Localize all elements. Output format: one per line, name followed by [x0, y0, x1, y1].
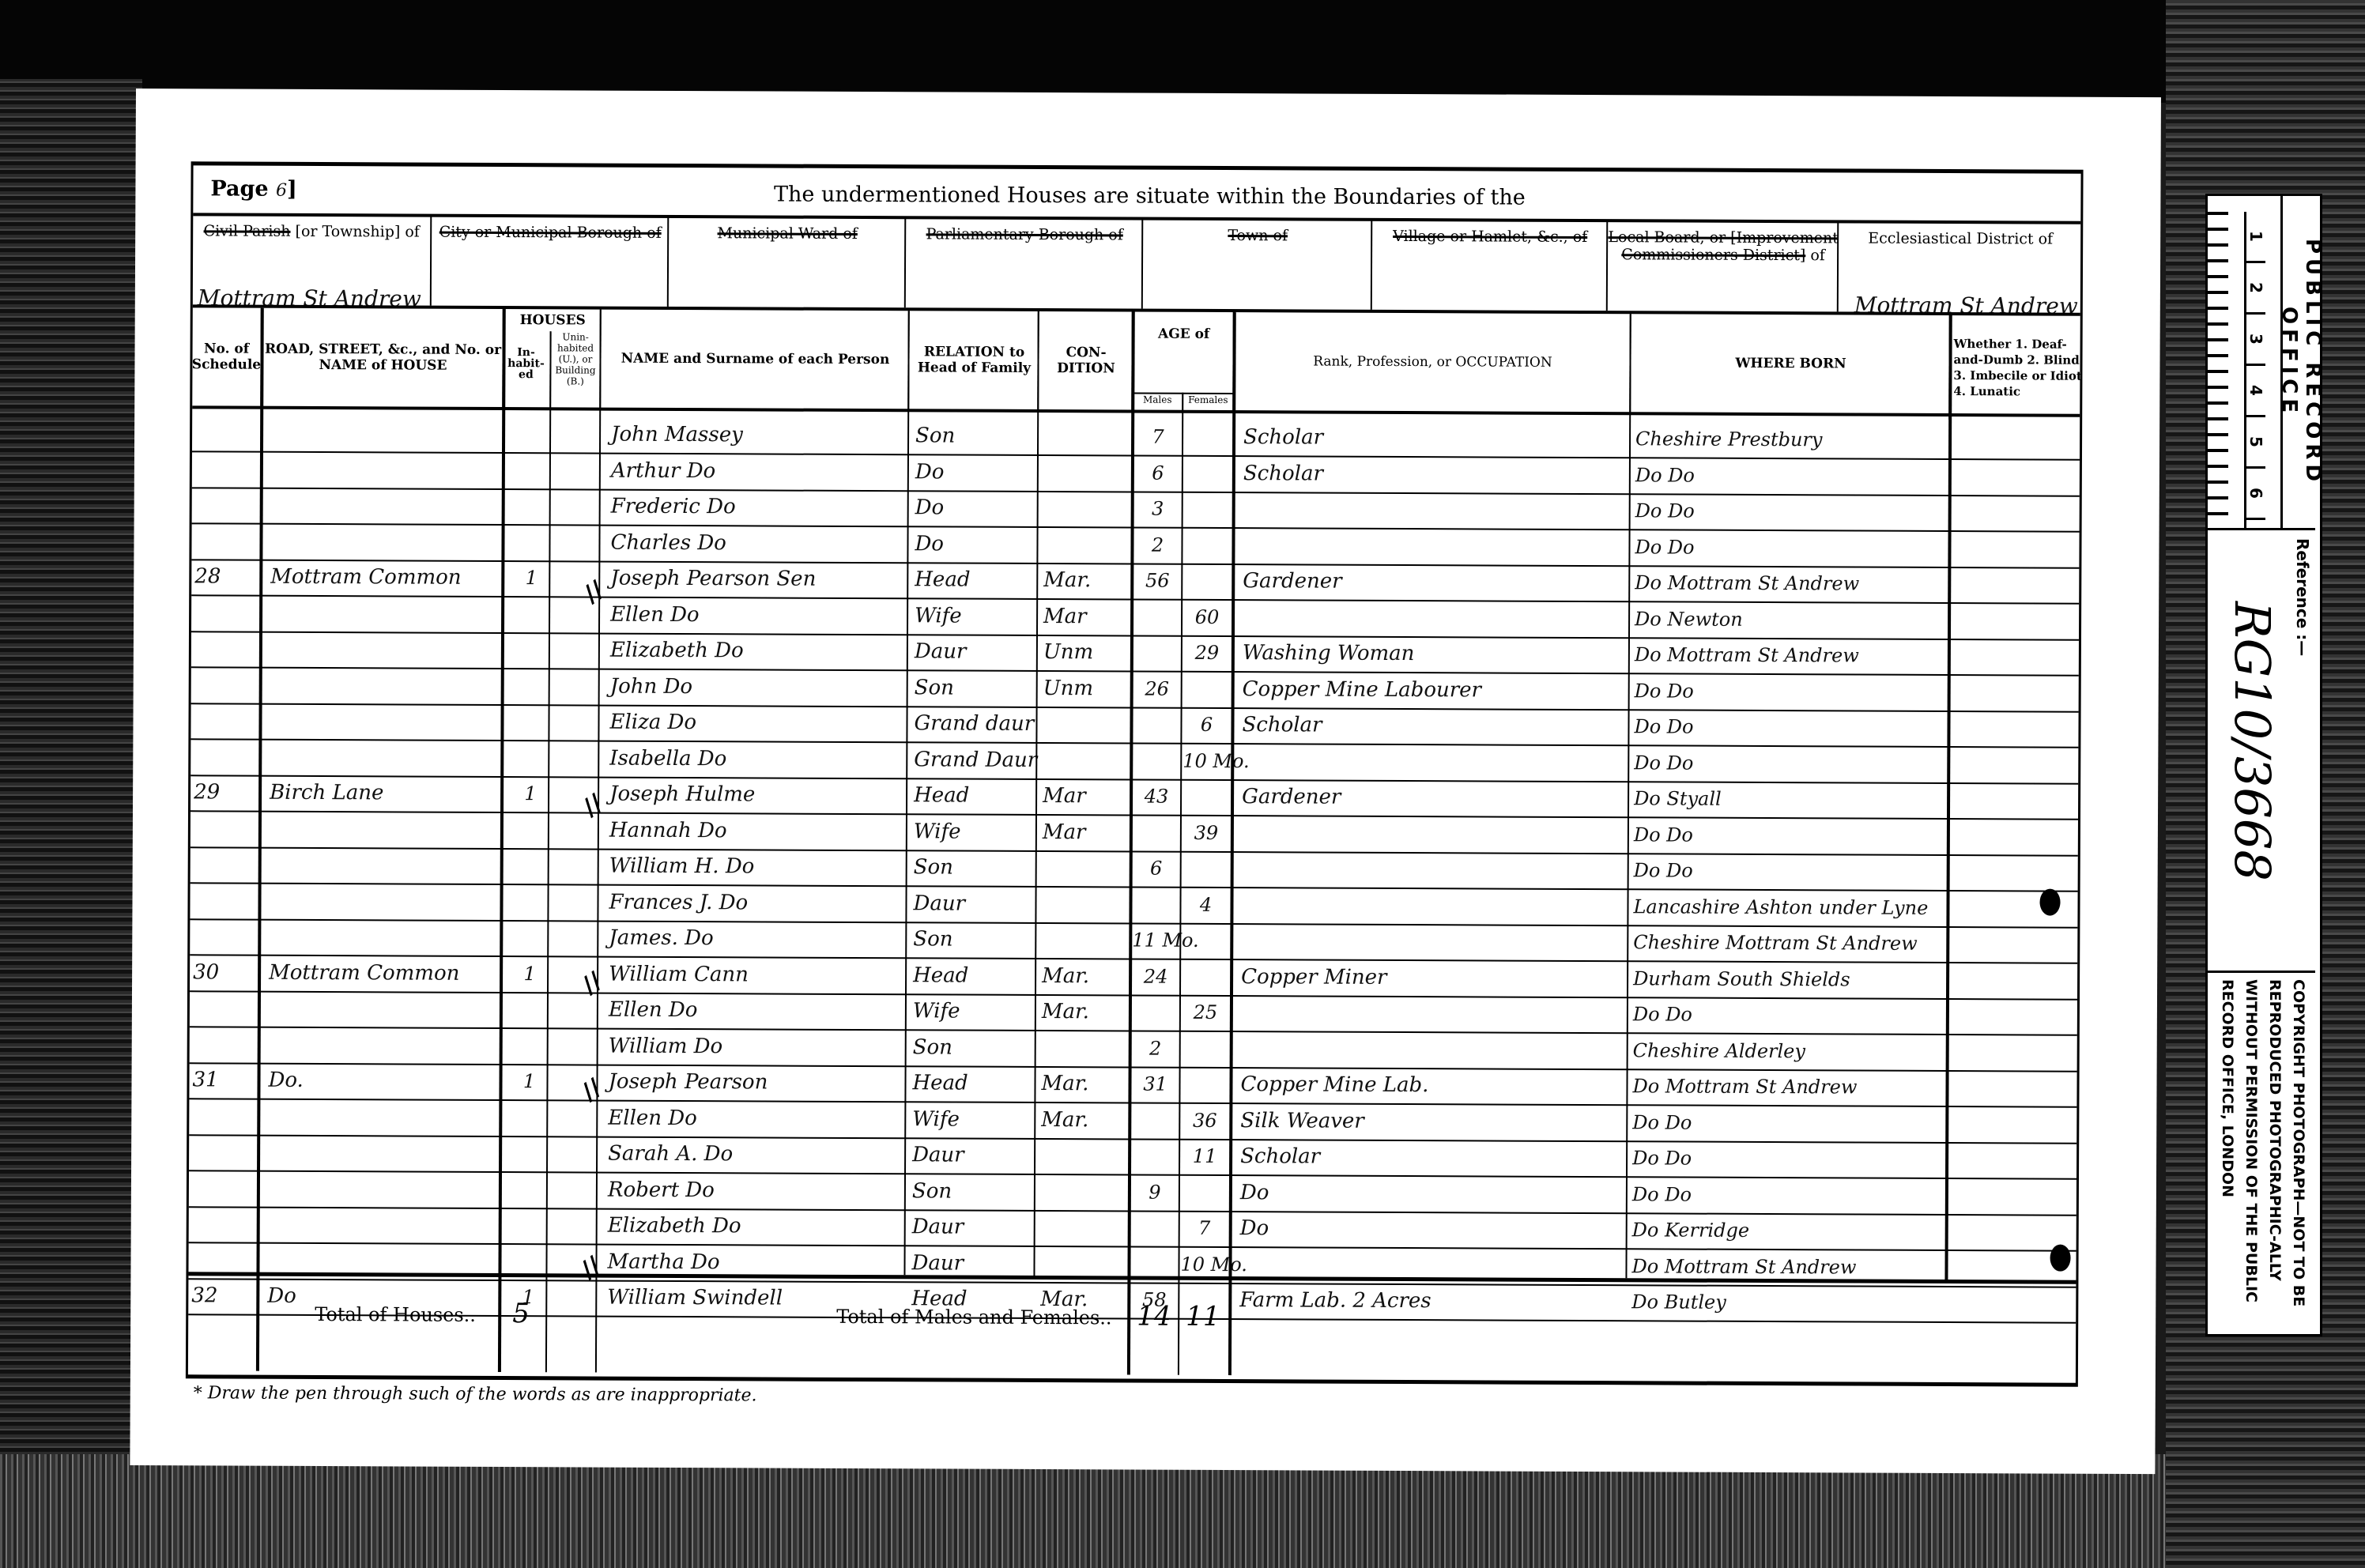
cell-male: 2 [1132, 1031, 1179, 1066]
cell-condition [1043, 707, 1130, 742]
houses-label: HOUSES [520, 312, 586, 328]
ink-blot [2039, 889, 2060, 916]
cell-inhabited [516, 488, 548, 524]
cell-born: Lancashire Ashton under Lyne [1633, 889, 2028, 926]
header-females: Females [1182, 393, 1233, 412]
cell-schedule [194, 703, 257, 738]
cell-inhabited [516, 416, 548, 452]
cell-schedule [192, 1099, 255, 1134]
cell-road [270, 631, 500, 668]
cell-female [1183, 671, 1231, 707]
cell-name: Elizabeth Do [610, 633, 907, 670]
cell-inhabited [513, 1100, 545, 1136]
cell-occupation [1242, 816, 1628, 853]
ink-blot [2050, 1245, 2070, 1272]
cell-occupation [1241, 995, 1627, 1032]
cell-female: 60 [1183, 599, 1231, 635]
cell-female: 4 [1182, 887, 1229, 922]
area-header-label: Parliamentary Borough of [906, 217, 1143, 243]
cell-condition [1041, 1210, 1128, 1246]
cell-born: Durham South Shields [1633, 961, 2028, 998]
cell-inhabited [514, 920, 545, 955]
cell-schedule [193, 918, 256, 954]
cell-condition [1043, 527, 1130, 563]
cell-inhabited [515, 704, 546, 740]
cell-inhabited [515, 848, 546, 884]
area-header-cell: Civil Parish [or Township] ofMottram St … [193, 214, 430, 305]
area-header-cell: Parliamentary Borough of [904, 217, 1143, 308]
cell-relation: Son [914, 850, 1032, 886]
cell-road [270, 703, 499, 740]
cell-born: Do Do [1635, 493, 2031, 530]
cell-condition [1042, 1031, 1129, 1066]
cell-condition: Mar. [1043, 563, 1130, 598]
cell-inhabited [514, 884, 545, 920]
cell-relation: Head [915, 562, 1033, 598]
cell-schedule [195, 451, 258, 487]
cell-female: 6 [1182, 707, 1230, 743]
cell-male: 3 [1134, 492, 1182, 527]
cell-born: Do Do [1634, 853, 2029, 890]
cell-schedule: 31 [192, 1062, 255, 1098]
cell-road: Do. [268, 1063, 497, 1099]
cell-relation: Son [915, 670, 1033, 707]
cell-occupation: Scholar [1240, 1139, 1626, 1176]
cell-inhabited [515, 525, 547, 560]
cell-schedule [195, 487, 258, 522]
cell-schedule [193, 883, 256, 918]
cell-female [1182, 1031, 1229, 1066]
cell-born: Do Kerridge [1632, 1212, 2027, 1249]
total-houses-label: Total of Houses.. [315, 1303, 476, 1326]
header-road: ROAD, STREET, &c., and No. or NAME of HO… [260, 308, 504, 407]
cell-name: Elizabeth Do [608, 1208, 904, 1246]
area-header-cell: Village or Hamlet, &c., of [1371, 220, 1608, 311]
cell-inhabited [513, 1208, 545, 1243]
scale-mark: 2 [2246, 263, 2265, 315]
cell-occupation: Do [1240, 1175, 1626, 1212]
cell-male [1133, 599, 1181, 635]
cell-inhabited: 1 [513, 1064, 545, 1099]
cell-condition [1043, 743, 1130, 778]
cell-female [1182, 923, 1229, 959]
cell-occupation [1243, 600, 1628, 637]
cell-road [270, 739, 499, 775]
census-form: Page 6] The undermentioned Houses are si… [186, 161, 2084, 1386]
cell-schedule: 28 [194, 559, 258, 594]
cell-road [268, 1099, 497, 1135]
cell-male: 6 [1134, 455, 1182, 491]
area-header-cell: Town of [1141, 219, 1372, 310]
cell-relation: Wife [913, 993, 1032, 1030]
cell-male: 7 [1134, 420, 1182, 455]
cell-name: William H. Do [609, 849, 906, 886]
struck-label: Village or Hamlet, &c., of [1393, 228, 1587, 246]
cell-road [268, 1170, 497, 1207]
cell-road: Mottram Common [269, 955, 498, 991]
scale-mark: 4 [2246, 366, 2265, 417]
cell-female [1184, 455, 1232, 491]
cell-name: John Massey [611, 417, 907, 454]
cell-born: Do Mottram St Andrew [1635, 637, 2030, 674]
cell-schedule [193, 1027, 256, 1062]
area-header-label: Civil Parish [or Township] of [193, 214, 430, 240]
cell-condition: Mar [1043, 815, 1130, 850]
label-text: of [1810, 247, 1825, 264]
reference-label: Reference :— [2293, 538, 2312, 656]
total-females-value: 11 [1186, 1301, 1220, 1332]
reference-value: RG10/3668 [2224, 601, 2281, 881]
cell-female: 10 Mo. [1182, 743, 1230, 778]
cell-schedule [192, 1134, 255, 1170]
cell-occupation: Gardener [1243, 563, 1628, 601]
cell-female [1182, 779, 1230, 815]
cell-road: Mottram Common [270, 560, 500, 596]
cell-relation: Wife [915, 598, 1033, 635]
cell-inhabited [514, 992, 545, 1027]
cell-occupation [1241, 1031, 1627, 1069]
cell-male: 9 [1131, 1174, 1179, 1210]
cell-female: 39 [1182, 815, 1230, 850]
page-number: Page 6] [210, 176, 296, 201]
cell-female [1184, 420, 1232, 455]
cell-occupation: Copper Mine Labourer [1243, 672, 1628, 709]
header-relation: RELATION to Head of Family [907, 311, 1039, 409]
cell-condition: Mar. [1042, 994, 1129, 1030]
cell-relation: Head [912, 1065, 1031, 1102]
cell-schedule [192, 1170, 255, 1206]
cell-road [270, 523, 500, 560]
cell-inhabited [514, 1028, 545, 1064]
page-label: Page [210, 176, 268, 201]
scale-mark: 6 [2246, 469, 2265, 520]
struck-label: City or Municipal Borough of [439, 224, 662, 242]
record-office-title: PUBLIC RECORD OFFICE [2280, 196, 2319, 528]
cell-female [1182, 959, 1229, 994]
cell-condition [1044, 491, 1131, 526]
struck-label: Municipal Ward of [718, 224, 858, 243]
cell-relation: Wife [914, 814, 1032, 850]
struck-label: Local Board, or [Improvement Commissione… [1608, 228, 1839, 264]
cell-name: John Do [610, 669, 907, 706]
cell-male: 6 [1133, 851, 1180, 887]
struck-label: Parliamentary Borough of [926, 225, 1123, 243]
cell-road [269, 991, 498, 1027]
cell-occupation: Scholar [1243, 456, 1629, 493]
cell-schedule [195, 415, 258, 450]
cell-name: Joseph Hulme [609, 777, 906, 814]
cell-condition [1042, 887, 1129, 922]
cell-schedule [194, 523, 258, 559]
cell-male [1133, 815, 1180, 850]
label-text: Ecclesiastical District of [1868, 230, 2053, 248]
cell-female [1181, 1174, 1228, 1210]
struck-label: Town of [1228, 227, 1288, 244]
cell-inhabited [515, 597, 547, 632]
cell-inhabited [513, 1172, 545, 1208]
cell-male [1131, 1102, 1179, 1138]
cell-name: Frances J. Do [609, 884, 905, 922]
cell-male: 2 [1133, 527, 1181, 563]
cell-name: Isabella Do [609, 741, 906, 778]
area-header-cell: Municipal Ward of [667, 217, 906, 307]
cell-born: Do Newton [1635, 601, 2030, 639]
cell-road [269, 883, 498, 919]
area-headers: Civil Parish [or Township] ofMottram St … [193, 214, 2080, 312]
cell-road [268, 1207, 497, 1243]
cell-relation: Son [913, 922, 1032, 958]
cell-inhabited [515, 632, 547, 668]
cell-male: 56 [1133, 563, 1181, 599]
cell-condition: Mar. [1042, 959, 1129, 994]
cell-female [1182, 851, 1230, 887]
header-where-born: WHERE BORN [1629, 314, 1951, 413]
cell-male [1133, 707, 1180, 743]
header-occupation: Rank, Profession, or OCCUPATION [1232, 312, 1631, 412]
cell-relation: Wife [912, 1102, 1031, 1138]
cell-schedule [194, 811, 257, 846]
cell-condition: Mar [1043, 599, 1130, 635]
scale-mark: 3 [2246, 315, 2265, 366]
cell-male: 11 Mo. [1132, 923, 1179, 959]
cell-schedule [194, 739, 257, 775]
cell-occupation: Copper Miner [1241, 959, 1627, 997]
cell-male [1131, 1139, 1179, 1174]
cell-name: Ellen Do [608, 1100, 904, 1137]
cell-relation: Do [915, 490, 1034, 526]
area-header-label: Local Board, or [Improvement Commissione… [1608, 220, 1839, 264]
cell-relation: Son [913, 1030, 1032, 1066]
cell-relation: Do [915, 454, 1034, 491]
cell-born: Do Mottram St Andrew [1632, 1069, 2027, 1106]
cell-relation: Daur [913, 886, 1032, 922]
cell-occupation: Scholar [1243, 420, 1629, 457]
cell-condition [1043, 850, 1130, 886]
header-schedule: No. of Schedule [192, 307, 261, 405]
cell-road [269, 919, 498, 955]
header-inhabited: In-habit-ed [502, 331, 549, 407]
cell-road [270, 847, 499, 884]
cell-condition [1041, 1174, 1128, 1210]
struck-label: Civil Parish [204, 222, 291, 239]
page-number-value: 6 [276, 181, 287, 201]
cell-occupation: Copper Mine Lab. [1240, 1067, 1626, 1104]
cell-male: 43 [1133, 779, 1180, 815]
cell-born: Do Do [1635, 673, 2030, 710]
cell-relation: Do [915, 526, 1033, 563]
cell-female: 36 [1181, 1102, 1228, 1138]
cell-inhabited: 1 [515, 776, 546, 812]
area-header-label: City or Municipal Borough of [432, 216, 669, 242]
census-page: Page 6] The undermentioned Houses are si… [130, 89, 2161, 1474]
cell-born: Do Do [1634, 817, 2029, 854]
cell-relation: Son [912, 1174, 1031, 1210]
cell-born: Cheshire Alderley [1633, 1033, 2028, 1070]
cell-road [271, 488, 500, 524]
cell-name: William Do [609, 1028, 905, 1065]
cell-name: Sarah A. Do [608, 1136, 904, 1174]
cell-relation: Head [914, 778, 1032, 814]
cell-name: Eliza Do [609, 705, 906, 742]
cell-born: Do Do [1634, 745, 2029, 782]
cell-relation: Daur [915, 634, 1033, 670]
cell-female [1181, 1067, 1228, 1102]
cell-road [271, 451, 500, 488]
cell-occupation: Silk Weaver [1240, 1103, 1626, 1140]
area-header-cell: Ecclesiastical District ofMottram St And… [1837, 221, 2082, 312]
cell-schedule [194, 846, 257, 882]
cell-born: Cheshire Prestbury [1635, 421, 2031, 458]
cell-inhabited [515, 741, 546, 776]
scan-background-left [0, 79, 142, 1568]
cell-born: Do Do [1633, 997, 2028, 1034]
record-office-strip: 123456 PUBLIC RECORD OFFICE Reference :—… [2205, 194, 2322, 1336]
cell-condition [1044, 455, 1131, 491]
header-males: Males [1133, 393, 1182, 412]
cell-condition: Mar [1043, 778, 1130, 814]
cell-inhabited: 1 [514, 956, 545, 992]
cell-road [271, 416, 500, 452]
header-infirmity: Whether 1. Deaf-and-Dumb 2. Blind 3. Imb… [1948, 315, 2088, 420]
cell-male: 26 [1133, 671, 1181, 707]
cell-road [270, 595, 500, 631]
cell-female [1184, 492, 1232, 527]
cell-occupation [1241, 888, 1627, 925]
cell-inhabited [515, 669, 547, 704]
cell-born: Do Do [1635, 530, 2030, 567]
cell-relation: Grand daur [914, 706, 1032, 742]
cell-relation: Son [915, 418, 1034, 454]
reference-box: Reference :— RG10/3668 [2208, 528, 2315, 973]
totals-row: Total of Houses.. 5 Total of Males and F… [188, 1272, 2076, 1382]
scale-mark: 1 [2246, 212, 2265, 263]
cell-female: 25 [1182, 995, 1229, 1031]
cell-born: Do Do [1634, 709, 2029, 746]
label-text: [or Township] of [296, 223, 420, 241]
footnote: * Draw the pen through such of the words… [194, 1383, 757, 1405]
cell-relation: Daur [912, 1137, 1031, 1174]
cell-road [269, 1027, 498, 1063]
cell-occupation [1242, 851, 1628, 888]
cell-condition: Unm [1043, 635, 1130, 670]
cell-condition [1042, 922, 1129, 958]
cell-schedule [194, 595, 258, 631]
cell-name: Charles Do [610, 525, 907, 562]
copyright-notice: COPYRIGHT PHOTOGRAPH—NOT TO BE REPRODUCE… [2208, 971, 2315, 1334]
cell-male: 24 [1132, 959, 1179, 994]
cell-name: Frederic Do [611, 489, 907, 526]
header-uninhabited: Unin-habited (U.), or Building (B.) [549, 331, 600, 407]
cell-born: Do Mottram St Andrew [1635, 565, 2030, 602]
cell-male [1131, 1211, 1179, 1246]
cell-schedule: 30 [193, 955, 256, 990]
cell-schedule: 29 [194, 775, 257, 810]
cell-inhabited [513, 1136, 545, 1171]
area-header-label: Ecclesiastical District of [1839, 221, 2082, 247]
cell-occupation: Washing Woman [1243, 635, 1628, 673]
cell-schedule [194, 631, 258, 666]
cell-name: Joseph Pearson Sen [610, 561, 907, 598]
cell-schedule [192, 1206, 255, 1242]
cell-condition: Mar. [1041, 1102, 1128, 1138]
cell-male [1133, 635, 1181, 671]
cell-female [1183, 527, 1231, 563]
cell-male [1132, 995, 1179, 1031]
cell-name: Hannah Do [609, 812, 906, 850]
area-header-cell: Local Board, or [Improvement Commissione… [1606, 220, 1839, 311]
cell-female [1183, 563, 1231, 599]
header-condition: CON-DITION [1037, 311, 1133, 410]
cell-relation: Daur [912, 1209, 1031, 1246]
cell-born: Do Do [1632, 1105, 2027, 1142]
measuring-ruler [2208, 212, 2244, 528]
cell-name: William Cann [609, 956, 905, 993]
cell-road [270, 811, 499, 847]
cell-occupation [1243, 492, 1629, 529]
cell-male [1132, 887, 1179, 922]
total-houses-value: 5 [512, 1298, 530, 1329]
cell-road: Birch Lane [270, 775, 499, 812]
cell-name: Ellen Do [610, 597, 907, 634]
scan-background-top [0, 0, 2365, 103]
cell-born: Cheshire Mottram St Andrew [1633, 925, 2028, 962]
cell-road [270, 667, 500, 703]
cell-born: Do Do [1632, 1177, 2027, 1214]
header-name: NAME and Surname of each Person [599, 310, 910, 409]
cell-male: 31 [1131, 1067, 1179, 1102]
cell-inhabited [515, 812, 546, 848]
cell-occupation: Scholar [1242, 707, 1628, 744]
cell-condition: Mar. [1041, 1066, 1128, 1102]
cell-condition [1044, 419, 1131, 454]
cell-occupation [1242, 744, 1628, 781]
area-header-label: Municipal Ward of [669, 217, 906, 243]
total-persons-label: Total of Males and Females.. [836, 1306, 1111, 1329]
cell-relation: Grand Daur [914, 742, 1032, 778]
cell-female: 11 [1181, 1139, 1228, 1174]
cell-relation: Head [913, 958, 1032, 994]
cell-inhabited [516, 453, 548, 488]
cell-female: 29 [1183, 635, 1231, 671]
cell-occupation: Gardener [1242, 779, 1628, 816]
scale-mark: 5 [2246, 417, 2265, 469]
cell-born: Do Do [1635, 458, 2031, 495]
cell-name: Robert Do [608, 1172, 904, 1209]
cell-inhabited: 1 [515, 560, 547, 596]
cell-name: Ellen Do [609, 993, 905, 1030]
cell-road [268, 1135, 497, 1171]
cell-name: James. Do [609, 921, 905, 958]
cell-name: Arthur Do [611, 453, 907, 490]
total-males-value: 14 [1137, 1301, 1171, 1332]
cell-occupation [1243, 528, 1628, 565]
cell-born: Do Do [1632, 1140, 2027, 1178]
cell-schedule [194, 667, 258, 703]
cell-occupation: Do [1240, 1211, 1626, 1248]
cell-condition: Unm [1043, 671, 1130, 707]
cell-female: 7 [1181, 1211, 1228, 1246]
area-header-label: Town of [1143, 219, 1372, 245]
cell-male [1133, 743, 1180, 778]
area-header-cell: City or Municipal Borough of [430, 216, 669, 307]
cell-name: Joseph Pearson [608, 1065, 904, 1102]
cell-born: Do Styall [1634, 781, 2029, 818]
area-header-label: Village or Hamlet, &c., of [1372, 220, 1608, 246]
cell-schedule [193, 990, 256, 1026]
cell-occupation [1241, 923, 1627, 960]
boundaries-banner: The undermentioned Houses are situate wi… [636, 182, 1663, 211]
cell-condition [1041, 1138, 1128, 1174]
